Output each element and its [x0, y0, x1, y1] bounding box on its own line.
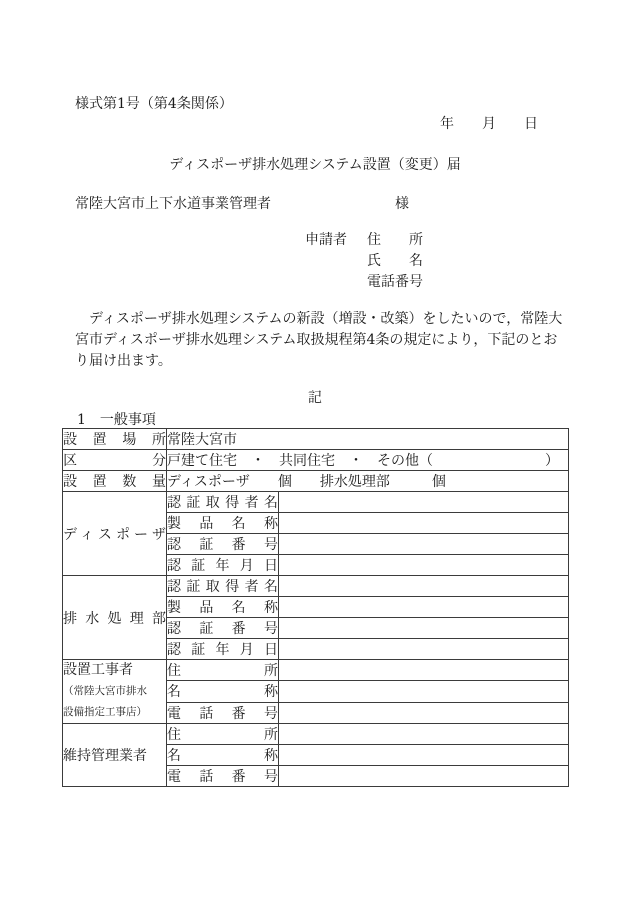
treatment-product-name-label: 製品名称	[167, 597, 279, 618]
treatment-product-name-value	[279, 597, 569, 618]
section-heading: 1 一般事項	[77, 413, 156, 427]
contractor-group-note: 設備指定工事店）	[63, 702, 166, 723]
maintenance-group-label: 維持管理業者	[63, 724, 167, 787]
contractor-address-label: 住所	[167, 660, 279, 681]
body-line: り届け出ます。	[75, 351, 575, 372]
maintenance-name-value	[279, 745, 569, 766]
contractor-name-value	[279, 681, 569, 702]
disposer-cert-number-label: 認証番号	[167, 534, 279, 555]
applicant-label: 申請者	[305, 230, 347, 293]
disposer-group-label: ディスポーザ	[63, 492, 167, 576]
form-number: 様式第1号（第4条関係）	[75, 97, 233, 111]
table-row: 設置場所 常陸大宮市	[63, 429, 569, 450]
ki-marker: 記	[0, 391, 630, 405]
general-items-table: 設置場所 常陸大宮市 区分 戸建て住宅 ・ 共同住宅 ・ その他（ ） 設置数量…	[62, 428, 569, 787]
treatment-cert-date-label: 認証年月日	[167, 639, 279, 660]
document-title: ディスポーザ排水処理システム設置（変更）届	[0, 158, 630, 172]
table-row: 設置数量 ディスポーザ 個 排水処理部 個	[63, 471, 569, 492]
contractor-address-value	[279, 660, 569, 681]
disposer-cert-date-value	[279, 555, 569, 576]
applicant-name-label: 氏名	[367, 251, 423, 272]
table-row: 区分 戸建て住宅 ・ 共同住宅 ・ その他（ ）	[63, 450, 569, 471]
document-page: 様式第1号（第4条関係） 年 月 日 ディスポーザ排水処理システム設置（変更）届…	[0, 0, 630, 903]
contractor-group-label: 設置工事者 （常陸大宮市排水 設備指定工事店）	[63, 660, 167, 724]
contractor-phone-label: 電話番号	[167, 702, 279, 723]
quantity-value: ディスポーザ 個 排水処理部 個	[167, 471, 569, 492]
disposer-product-name-value	[279, 513, 569, 534]
install-location-label: 設置場所	[63, 429, 167, 450]
contractor-name-label: 名称	[167, 681, 279, 702]
maintenance-address-value	[279, 724, 569, 745]
body-line: 宮市ディスポーザ排水処理システム取扱規程第4条の規定により，下記のとお	[75, 330, 575, 351]
body-paragraph: ディスポーザ排水処理システムの新設（増設・改築）をしたいので，常陸大 宮市ディス…	[75, 309, 575, 372]
applicant-address-label: 住所	[367, 230, 423, 251]
maintenance-phone-value	[279, 766, 569, 787]
contractor-group-title: 設置工事者	[63, 660, 166, 681]
table-row: 排水処理部 認証取得者名	[63, 576, 569, 597]
honorific: 様	[395, 197, 409, 211]
treatment-cert-number-label: 認証番号	[167, 618, 279, 639]
contractor-group-note: （常陸大宮市排水	[63, 681, 166, 702]
treatment-cert-number-value	[279, 618, 569, 639]
treatment-cert-date-value	[279, 639, 569, 660]
body-line: ディスポーザ排水処理システムの新設（増設・改築）をしたいので，常陸大	[75, 309, 575, 330]
table-row: ディスポーザ 認証取得者名	[63, 492, 569, 513]
disposer-cert-date-label: 認証年月日	[167, 555, 279, 576]
disposer-product-name-label: 製品名称	[167, 513, 279, 534]
maintenance-address-label: 住所	[167, 724, 279, 745]
contractor-phone-value	[279, 702, 569, 723]
disposer-cert-holder-label: 認証取得者名	[167, 492, 279, 513]
disposer-cert-number-value	[279, 534, 569, 555]
applicant-phone-label: 電話番号	[367, 272, 423, 293]
recipient-line: 常陸大宮市上下水道事業管理者様	[75, 197, 409, 211]
table-row: 設置工事者 （常陸大宮市排水 設備指定工事店） 住所	[63, 660, 569, 681]
table-row: 維持管理業者 住所	[63, 724, 569, 745]
quantity-label: 設置数量	[63, 471, 167, 492]
applicant-fields: 住所 氏名 電話番号	[367, 230, 423, 293]
treatment-group-label: 排水処理部	[63, 576, 167, 660]
date-line: 年 月 日	[440, 117, 538, 131]
category-value: 戸建て住宅 ・ 共同住宅 ・ その他（ ）	[167, 450, 569, 471]
install-location-value: 常陸大宮市	[167, 429, 569, 450]
applicant-block: 申請者 住所 氏名 電話番号	[305, 230, 423, 293]
treatment-cert-holder-value	[279, 576, 569, 597]
treatment-cert-holder-label: 認証取得者名	[167, 576, 279, 597]
maintenance-phone-label: 電話番号	[167, 766, 279, 787]
recipient-name: 常陸大宮市上下水道事業管理者	[75, 196, 271, 212]
category-label: 区分	[63, 450, 167, 471]
maintenance-name-label: 名称	[167, 745, 279, 766]
disposer-cert-holder-value	[279, 492, 569, 513]
